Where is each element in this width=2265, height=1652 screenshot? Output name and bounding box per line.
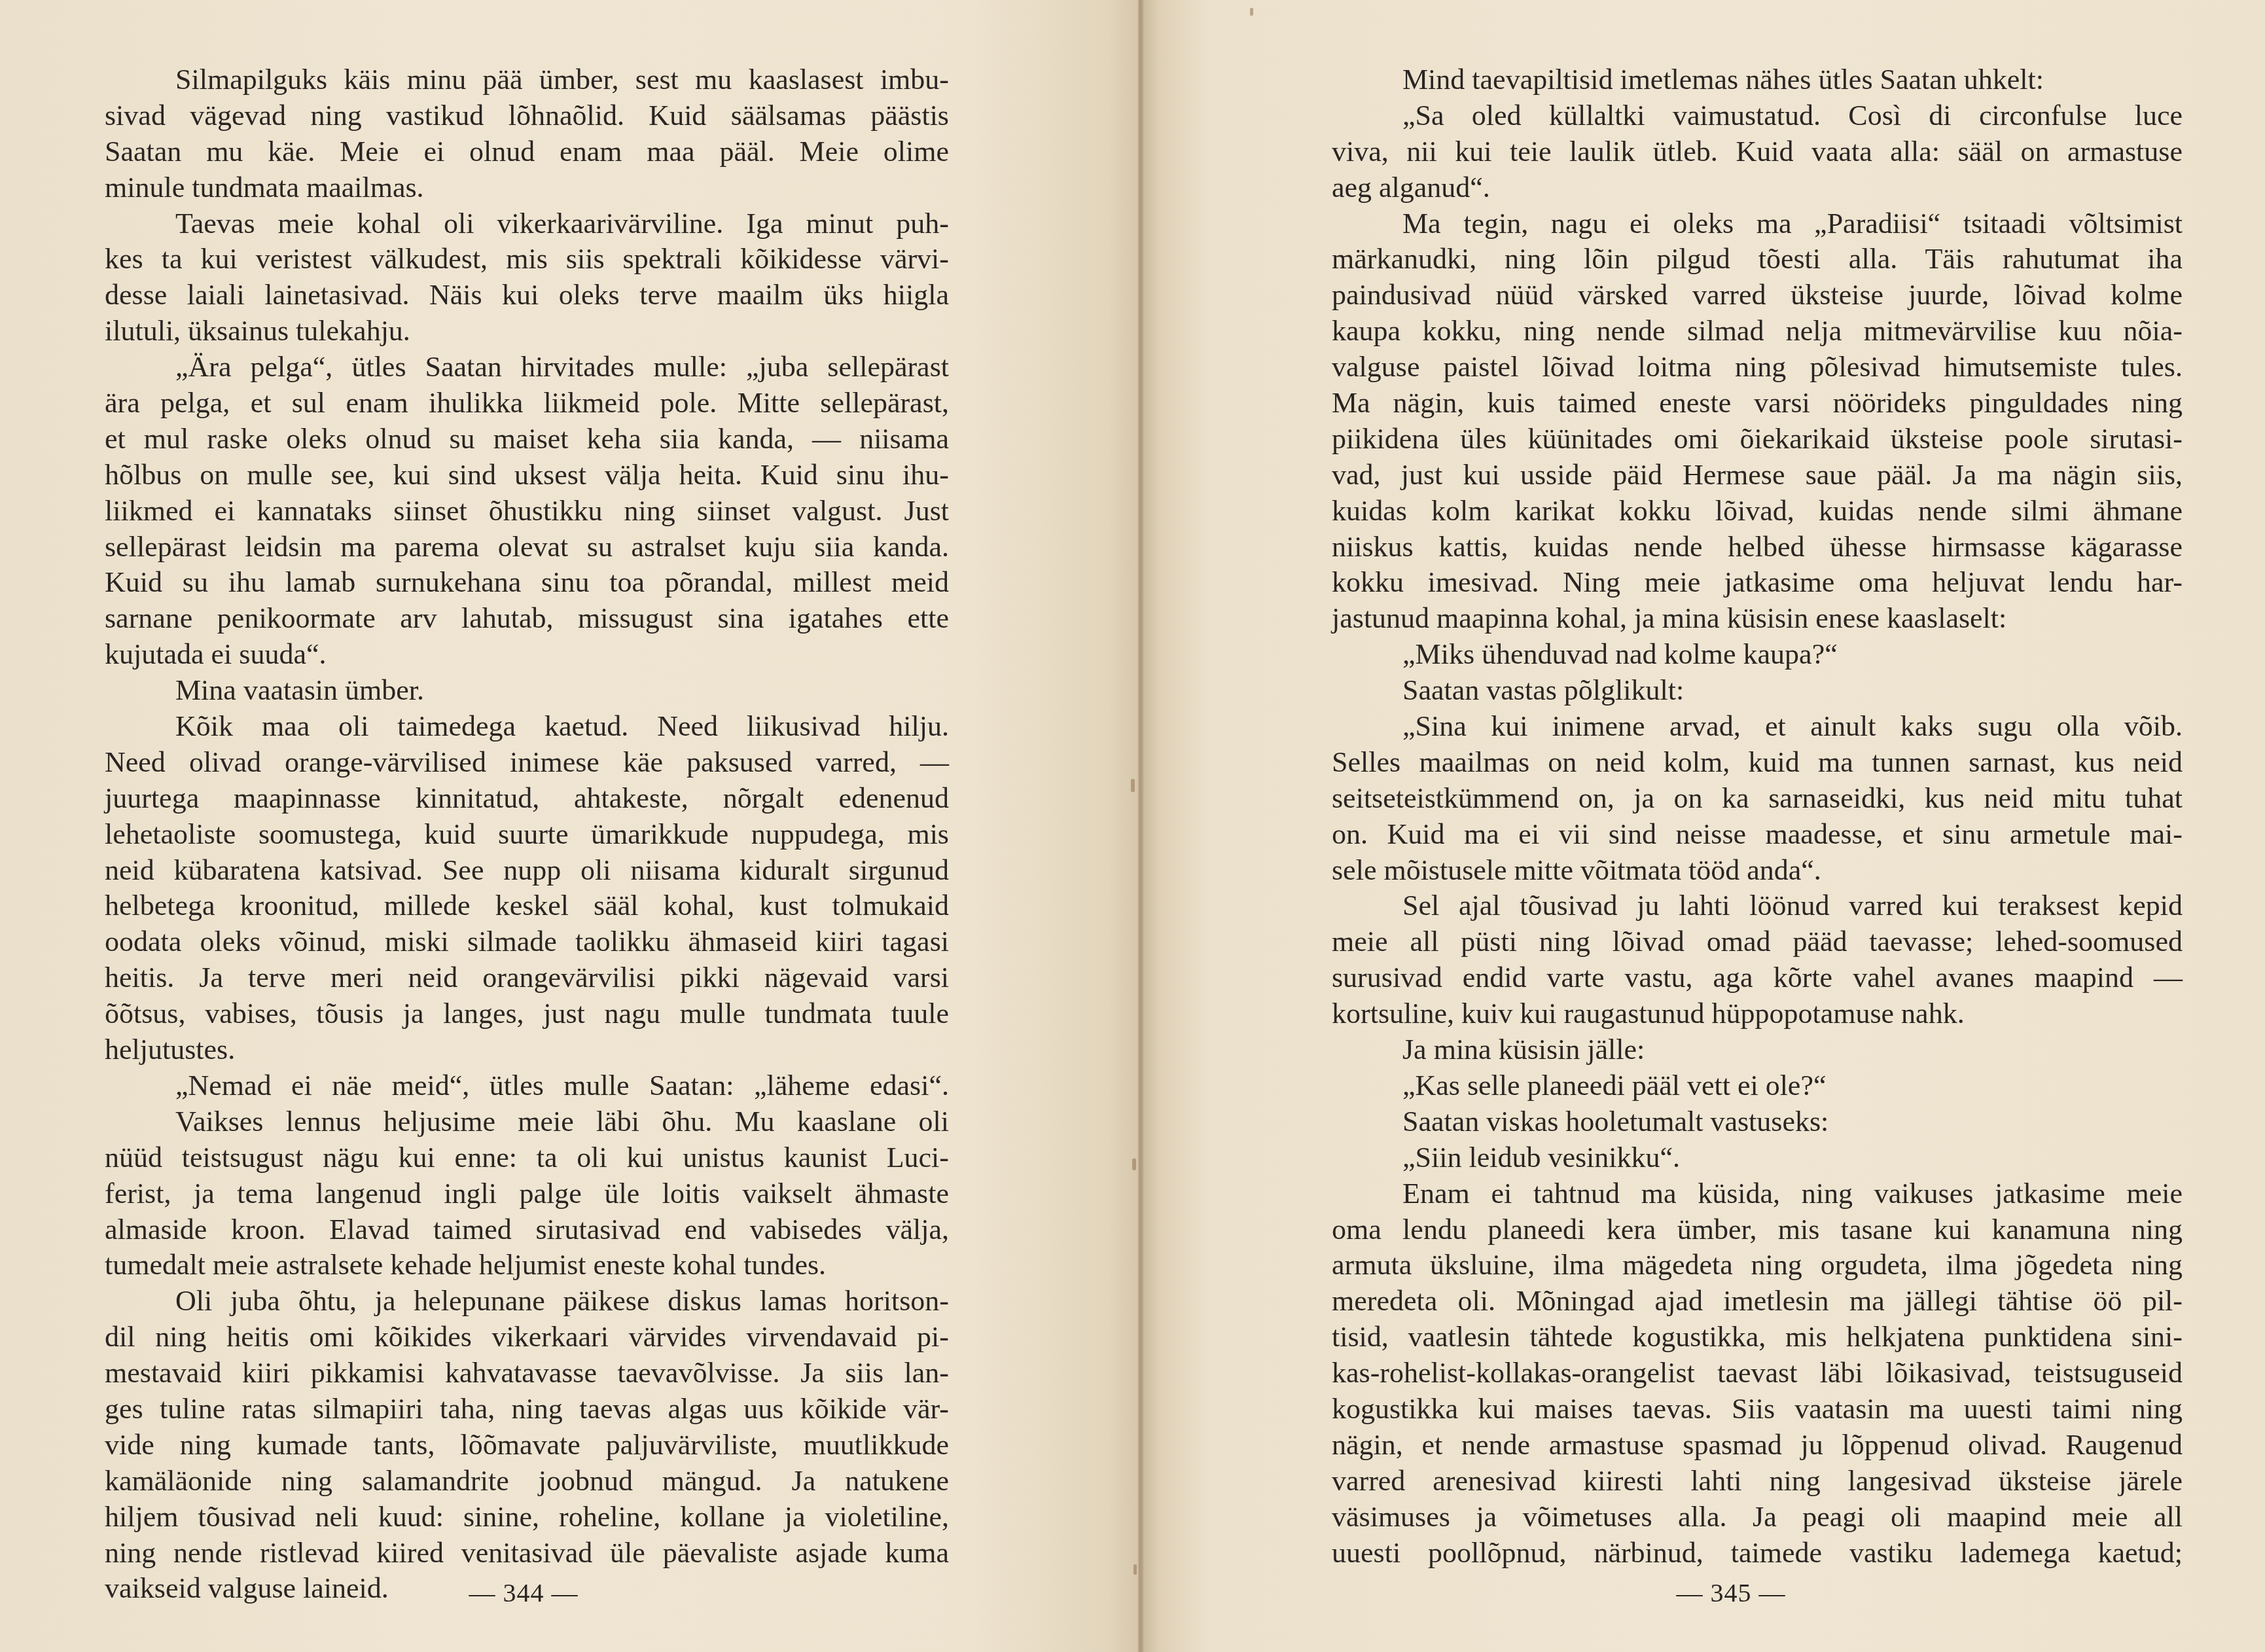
right-page-text: Mind taevapiltisid imetlemas nähes ütles… <box>1332 62 2183 1571</box>
text-line: varred arenesivad kiiresti lahti ning la… <box>1332 1463 2183 1499</box>
text-line: kujutada ei suuda“. <box>105 637 949 673</box>
text-line: sele mõistusele mitte võitmata tööd anda… <box>1332 853 2183 889</box>
text-line: nägin, et nende armastuse spasmad ju lõp… <box>1332 1428 2183 1463</box>
text-line: kuidas kolm karikat kokku lõivad, kuidas… <box>1332 494 2183 530</box>
text-line: Vaikses lennus heljusime meie läbi õhu. … <box>105 1104 949 1140</box>
left-page-number: — 344 — <box>393 1577 654 1608</box>
text-line: Sel ajal tõusivad ju lahti löönud varred… <box>1332 888 2183 924</box>
text-line: meie all püsti ning lõivad omad pääd tae… <box>1332 924 2183 960</box>
text-line: Silmapilguks käis minu pää ümber, sest m… <box>105 62 949 98</box>
text-line: vide ning kumade tants, lõõmavate paljuv… <box>105 1428 949 1463</box>
text-line: niiskus kattis, kuidas nende helbed ühes… <box>1332 530 2183 566</box>
text-line: „Sa oled küllaltki vaimustatud. Così di … <box>1332 98 2183 134</box>
text-line: Ja mina küsisin jälle: <box>1332 1032 2183 1068</box>
text-line: Saatan vastas põlglikult: <box>1332 673 2183 709</box>
text-line: paindusivad nüüd värsked varred üksteise… <box>1332 278 2183 314</box>
text-line: Kõik maa oli taimedega kaetud. Need liik… <box>105 709 949 745</box>
text-line: Kuid su ihu lamab surnukehana sinu toa p… <box>105 565 949 601</box>
text-line: viva, nii kui teie laulik ütleb. Kuid va… <box>1332 134 2183 170</box>
text-line: Enam ei tahtnud ma küsida, ning vaikuses… <box>1332 1176 2183 1212</box>
text-line: tisid, vaatlesin tähtede kogustikka, mis… <box>1332 1320 2183 1356</box>
text-line: hõlbus on mulle see, kui sind uksest väl… <box>105 458 949 494</box>
text-line: heljutustes. <box>105 1032 949 1068</box>
book-spread: Silmapilguks käis minu pää ümber, sest m… <box>0 0 2265 1652</box>
text-line: Need olivad orange-värvilised inimese kä… <box>105 745 949 781</box>
text-line: „Siin leidub vesinikku“. <box>1332 1140 2183 1176</box>
text-line: meredeta oli. Mõningad ajad imetlesin ma… <box>1332 1284 2183 1320</box>
text-line: Mind taevapiltisid imetlemas nähes ütles… <box>1332 62 2183 98</box>
text-line: ära pelga, et sul enam ihulikka liikmeid… <box>105 386 949 422</box>
text-line: almaside kroon. Elavad taimed sirutasiva… <box>105 1212 949 1248</box>
text-line: „Miks ühenduvad nad kolme kaupa?“ <box>1332 637 2183 673</box>
text-line: Taevas meie kohal oli vikerkaarivärvilin… <box>105 206 949 242</box>
text-line: „Sina kui inimene arvad, et ainult kaks … <box>1332 709 2183 745</box>
left-page: Silmapilguks käis minu pää ümber, sest m… <box>0 0 1142 1652</box>
paper-fleck <box>1133 1564 1137 1575</box>
text-line: uuesti poollõpnud, närbinud, taimede vas… <box>1332 1535 2183 1571</box>
text-line: hiljem tõusivad neli kuud: sinine, rohel… <box>105 1499 949 1535</box>
text-line: „Nemad ei näe meid“, ütles mulle Saatan:… <box>105 1068 949 1104</box>
text-line: Saatan viskas hooletumalt vastuseks: <box>1332 1104 2183 1140</box>
text-line: kamäläonide ning salamandrite joobnud mä… <box>105 1463 949 1499</box>
text-line: Oli juba õhtu, ja helepunane päikese dis… <box>105 1284 949 1320</box>
text-line: minule tundmata maailmas. <box>105 170 949 206</box>
text-line: nüüd teistsugust nägu kui enne: ta oli k… <box>105 1140 949 1176</box>
left-page-text: Silmapilguks käis minu pää ümber, sest m… <box>105 62 949 1607</box>
text-line: sellepärast leidsin ma parema olevat su … <box>105 530 949 566</box>
text-line: surusivad endid varte vastu, aga kõrte v… <box>1332 960 2183 996</box>
text-line: väsimuses ja võimetuses alla. Ja peagi o… <box>1332 1499 2183 1535</box>
text-line: kokku imesivad. Ning meie jatkasime oma … <box>1332 565 2183 601</box>
text-line: aeg alganud“. <box>1332 170 2183 206</box>
text-line: et mul raske oleks olnud su maiset keha … <box>105 422 949 458</box>
text-line: dil ning heitis omi kõikides vikerkaari … <box>105 1320 949 1356</box>
text-line: kas-rohelist-kollakas-orangelist taevast… <box>1332 1356 2183 1392</box>
text-line: vad, just kui usside päid Hermese saue p… <box>1332 458 2183 494</box>
text-line: sarnane penikoormate arv lahutab, missug… <box>105 601 949 637</box>
text-line: jastunud maapinna kohal, ja mina küsisin… <box>1332 601 2183 637</box>
text-line: Selles maailmas on neid kolm, kuid ma tu… <box>1332 745 2183 781</box>
text-line: piikidena üles küünitades omi õiekarikai… <box>1332 422 2183 458</box>
text-line: kortsuline, kuiv kui raugastunud hüppopo… <box>1332 996 2183 1032</box>
text-line: tumedalt meie astralsete kehade heljumis… <box>105 1248 949 1284</box>
text-line: heitis. Ja terve meri neid orangevärvili… <box>105 960 949 996</box>
paper-fleck <box>1250 8 1253 16</box>
text-line: helbetega kroonitud, millede keskel sääl… <box>105 888 949 924</box>
text-line: ferist, ja tema langenud ingli palge üle… <box>105 1176 949 1212</box>
text-line: seitseteistkümmend on, ja on ka sarnasei… <box>1332 781 2183 817</box>
text-line: on. Kuid ma ei vii sind neisse maadesse,… <box>1332 817 2183 853</box>
text-line: oodata oleks võinud, miski silmade taoli… <box>105 924 949 960</box>
right-page: Mind taevapiltisid imetlemas nähes ütles… <box>1142 0 2265 1652</box>
text-line: armuta üksluine, ilma mägedeta ning orgu… <box>1332 1248 2183 1284</box>
text-line: valguse paistel lõivad loitma ning põles… <box>1332 350 2183 386</box>
text-line: mestavaid kiiri pikkamisi kahvatavasse t… <box>105 1356 949 1392</box>
text-line: õõtsus, vabises, tõusis ja langes, just … <box>105 996 949 1032</box>
text-line: ges tuline ratas silmapiiri taha, ning t… <box>105 1392 949 1428</box>
text-line: „Kas selle planeedi pääl vett ei ole?“ <box>1332 1068 2183 1104</box>
right-page-number: — 345 — <box>1600 1577 1862 1608</box>
text-line: „Ära pelga“, ütles Saatan hirvitades mul… <box>105 350 949 386</box>
text-line: desse laiali lainetasivad. Näis kui olek… <box>105 278 949 314</box>
text-line: sivad vägevad ning vastikud lõhnaõlid. K… <box>105 98 949 134</box>
text-line: Ma nägin, kuis taimed eneste varsi nööri… <box>1332 386 2183 422</box>
book-spine <box>1137 0 1144 1652</box>
text-line: neid kübaratena katsivad. See nupp oli n… <box>105 853 949 889</box>
text-line: liikmed ei kannataks siinset õhustikku n… <box>105 494 949 530</box>
text-line: kaupa kokku, ning nende silmad nelja mit… <box>1332 314 2183 350</box>
text-line: Mina vaatasin ümber. <box>105 673 949 709</box>
text-line: Saatan mu käe. Meie ei olnud enam maa pä… <box>105 134 949 170</box>
text-line: Ma tegin, nagu ei oleks ma „Paradiisi“ t… <box>1332 206 2183 242</box>
paper-fleck <box>1131 779 1135 792</box>
paper-fleck <box>1132 1158 1136 1170</box>
text-line: ning nende ristlevad kiired venitasivad … <box>105 1535 949 1571</box>
text-line: kogustikka kui maises taevas. Siis vaata… <box>1332 1392 2183 1428</box>
text-line: lehetaoliste soomustega, kuid suurte üma… <box>105 817 949 853</box>
text-line: kes ta kui veristest välkudest, mis siis… <box>105 242 949 278</box>
text-line: oma lendu planeedi kera ümber, mis tasan… <box>1332 1212 2183 1248</box>
text-line: juurtega maapinnasse kinnitatud, ahtakes… <box>105 781 949 817</box>
text-line: ilutuli, üksainus tulekahju. <box>105 314 949 350</box>
text-line: märkanudki, ning lõin pilgud tõesti alla… <box>1332 242 2183 278</box>
